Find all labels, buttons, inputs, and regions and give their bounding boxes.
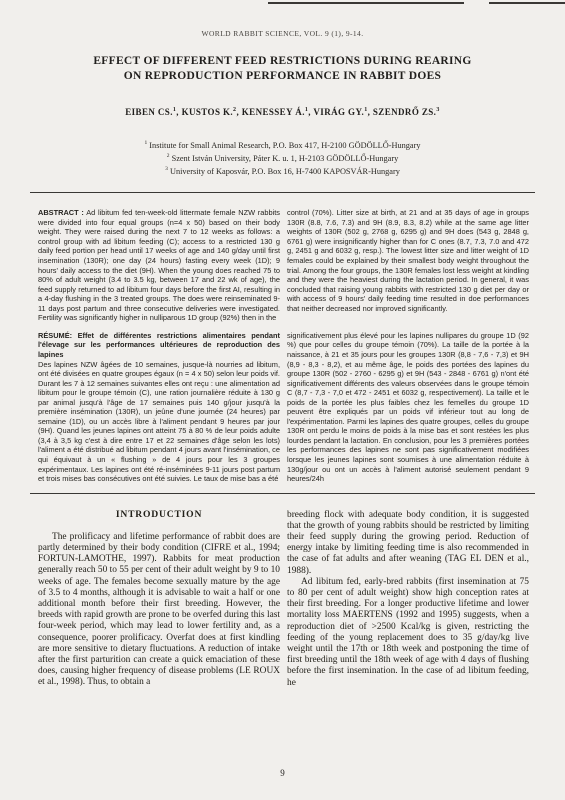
author-name: VIRÁG GY.: [313, 107, 364, 117]
introduction-heading: INTRODUCTION: [38, 509, 280, 520]
abstract-column-left: ABSTRACT : Ad libitum fed ten-week-old l…: [38, 208, 280, 323]
resume-title: Effet de différentes restrictions alimen…: [38, 331, 280, 359]
abstract-section: ABSTRACT : Ad libitum fed ten-week-old l…: [0, 208, 565, 323]
divider-rule-top: [30, 192, 535, 193]
resume-heading: RÉSUMÉ: Effet de différentes restriction…: [38, 331, 280, 360]
affiliation-line: 3 University of Kaposvár, P.O. Box 16, H…: [0, 164, 565, 177]
author-name: SZENDRŐ ZS.: [373, 107, 436, 117]
resume-section: RÉSUMÉ: Effet de différentes restriction…: [0, 331, 565, 484]
affiliation-text: University of Kaposvár, P.O. Box 16, H-7…: [168, 166, 400, 175]
author-name: EIBEN CS.: [125, 107, 173, 117]
page-number: 9: [0, 768, 565, 778]
top-edge-rule-right: [489, 2, 565, 4]
paper-title-line1: EFFECT OF DIFFERENT FEED RESTRICTIONS DU…: [0, 54, 565, 69]
abstract-column-right: control (70%). Litter size at birth, at …: [287, 208, 529, 323]
introduction-section: INTRODUCTION The prolificacy and lifetim…: [0, 507, 565, 689]
affiliations-block: 1 Institute for Small Animal Research, P…: [0, 138, 565, 176]
resume-column-left: RÉSUMÉ: Effet de différentes restriction…: [38, 331, 280, 484]
body-column-left: INTRODUCTION The prolificacy and lifetim…: [38, 507, 280, 689]
journal-header: WORLD RABBIT SCIENCE, VOL. 9 (1), 9-14.: [0, 29, 565, 38]
introduction-paragraph-right-2: Ad libitum fed, early-bred rabbits (firs…: [287, 577, 529, 689]
body-column-right: breeding flock with adequate body condit…: [287, 507, 529, 689]
paper-title-line2: ON REPRODUCTION PERFORMANCE IN RABBIT DO…: [0, 69, 565, 84]
introduction-paragraph-left: The prolificacy and lifetime performance…: [38, 532, 280, 689]
author-affil-mark: 3: [436, 107, 439, 113]
resume-label: RÉSUMÉ:: [38, 331, 72, 340]
abstract-label: ABSTRACT :: [38, 208, 84, 217]
paper-title: EFFECT OF DIFFERENT FEED RESTRICTIONS DU…: [0, 54, 565, 84]
affiliation-line: 2 Szent István University, Páter K. u. 1…: [0, 151, 565, 164]
divider-rule-bottom: [30, 493, 535, 494]
affiliation-text: Szent István University, Páter K. u. 1, …: [170, 154, 399, 163]
top-edge-rule-left: [268, 2, 464, 4]
paper-page: WORLD RABBIT SCIENCE, VOL. 9 (1), 9-14. …: [0, 0, 565, 800]
resume-text-right: significativement plus élevé pour les la…: [287, 331, 529, 483]
abstract-text-right: control (70%). Litter size at birth, at …: [287, 208, 529, 312]
author-name: KUSTOS K.: [182, 107, 233, 117]
resume-text-left: Des lapines NZW âgées de 10 semaines, ju…: [38, 360, 280, 484]
resume-column-right: significativement plus élevé pour les la…: [287, 331, 529, 484]
introduction-paragraph-right-1: breeding flock with adequate body condit…: [287, 510, 529, 577]
affiliation-line: 1 Institute for Small Animal Research, P…: [0, 138, 565, 151]
affiliation-text: Institute for Small Animal Research, P.O…: [147, 141, 420, 150]
author-name: KENESSEY Á.: [242, 107, 305, 117]
abstract-text-left: Ad libitum fed ten-week-old littermate f…: [38, 208, 280, 322]
authors-line: EIBEN CS.1, KUSTOS K.2, KENESSEY Á.1, VI…: [0, 107, 565, 117]
